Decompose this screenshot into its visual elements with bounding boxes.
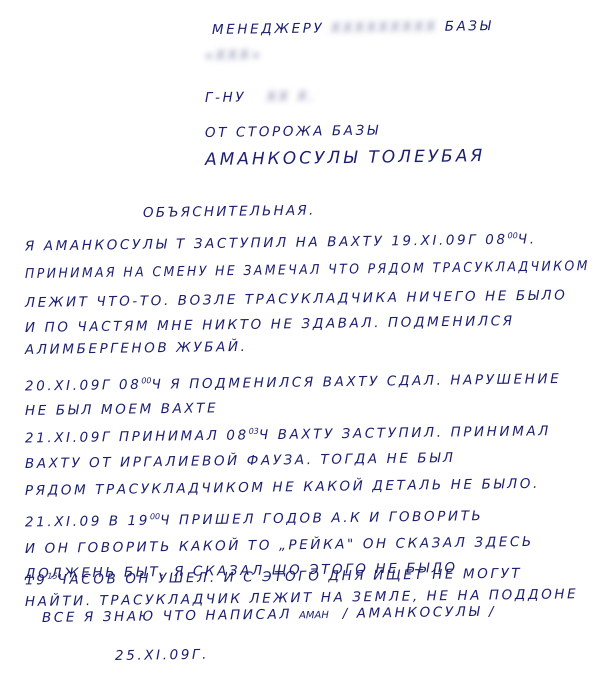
document-date: 25.XI.09г. [115, 647, 209, 664]
signature: Аман [299, 610, 329, 621]
signer-name: / Аманкосулы / [343, 604, 497, 622]
body-line: лежит что-то. Возле трасукладчика ничего… [25, 287, 568, 311]
addressee-line: Менеджеру Ххххххххх Базы [212, 18, 494, 38]
body-line-text: лежит что-то. Возле трасукладчика ничего… [25, 287, 568, 311]
body-line: и по частям мне никто не здавал. Подмени… [25, 313, 515, 336]
body-line: 20.XI.09г 0800ч я подменился вахту сдал.… [25, 371, 562, 395]
redacted-company: Ххххххххх [331, 19, 438, 36]
body-line-text: 21.XI.09г Принимал 08 [25, 427, 249, 446]
body-line-text: Я Аманкосулы Т заступил на вахту 19.XI.0… [25, 232, 508, 255]
time-minutes: 00 [141, 376, 151, 385]
from-line: от сторожа Базы [205, 123, 381, 141]
body-line: Я Аманкосулы Т заступил на вахту 19.XI.0… [25, 231, 537, 255]
time-minutes: 15 [47, 572, 57, 581]
body-line-tail: ч вахту заступил. Принимал [259, 423, 551, 443]
body-line: вахту от Иргалиевой Фауза. Тогда не был [25, 450, 456, 472]
body-line: и он говорить какой то „рейка" он сказал… [25, 534, 534, 557]
body-line: не был моем вахте [25, 400, 218, 419]
addressee-name-line: г-ну Хх Х. [205, 88, 316, 106]
body-line: 21.XI.09 в 1900ч пришел Годов А.К и гово… [25, 508, 484, 531]
body-line-text: принимая на смену не замечал что рядом т… [25, 258, 590, 282]
redacted-name: Хх Х. [267, 88, 317, 105]
body-line-text: 20.XI.09г 08 [25, 377, 142, 395]
body-line-text: 19 [25, 572, 48, 588]
body-line-tail: ч. [518, 231, 537, 247]
time-minutes: 00 [150, 512, 160, 521]
document-title: Объяснительная. [143, 203, 316, 221]
addressee-suffix: Базы [445, 18, 494, 35]
body-line: принимая на смену не замечал что рядом т… [25, 258, 590, 282]
from-name: Аманкосулы Толеубая [205, 146, 486, 170]
body-line: рядом трасукладчиком не какой деталь не … [25, 476, 540, 499]
addressee-title: г-ну [205, 89, 246, 106]
body-line-text: не был моем вахте [25, 400, 218, 419]
time-minutes: 00 [508, 231, 518, 240]
body-line: Алимбергенов Жубай. [25, 339, 248, 358]
redacted-org: «ХХХ» [205, 47, 263, 64]
body-line-tail: ч пришел Годов А.К и говорить [160, 508, 483, 529]
body-line-text: и он говорить какой то „рейка" он сказал… [25, 534, 534, 557]
body-line-text: и по частям мне никто не здавал. Подмени… [25, 313, 515, 336]
body-line-tail: ч я подменился вахту сдал. Нарушение [151, 371, 561, 393]
org-line: «ХХХ» [205, 47, 263, 64]
body-line-text: вахту от Иргалиевой Фауза. Тогда не был [25, 450, 456, 472]
addressee-prefix: Менеджеру [212, 20, 324, 38]
body-line-text: рядом трасукладчиком не какой деталь не … [25, 476, 540, 499]
body-line-text: 21.XI.09 в 19 [25, 513, 150, 531]
time-minutes: 03 [249, 427, 259, 436]
body-line-text: Алимбергенов Жубай. [25, 339, 248, 358]
closing-text: Все я знаю что написал [42, 607, 292, 626]
body-line: 21.XI.09г Принимал 0803ч вахту заступил.… [25, 423, 551, 447]
